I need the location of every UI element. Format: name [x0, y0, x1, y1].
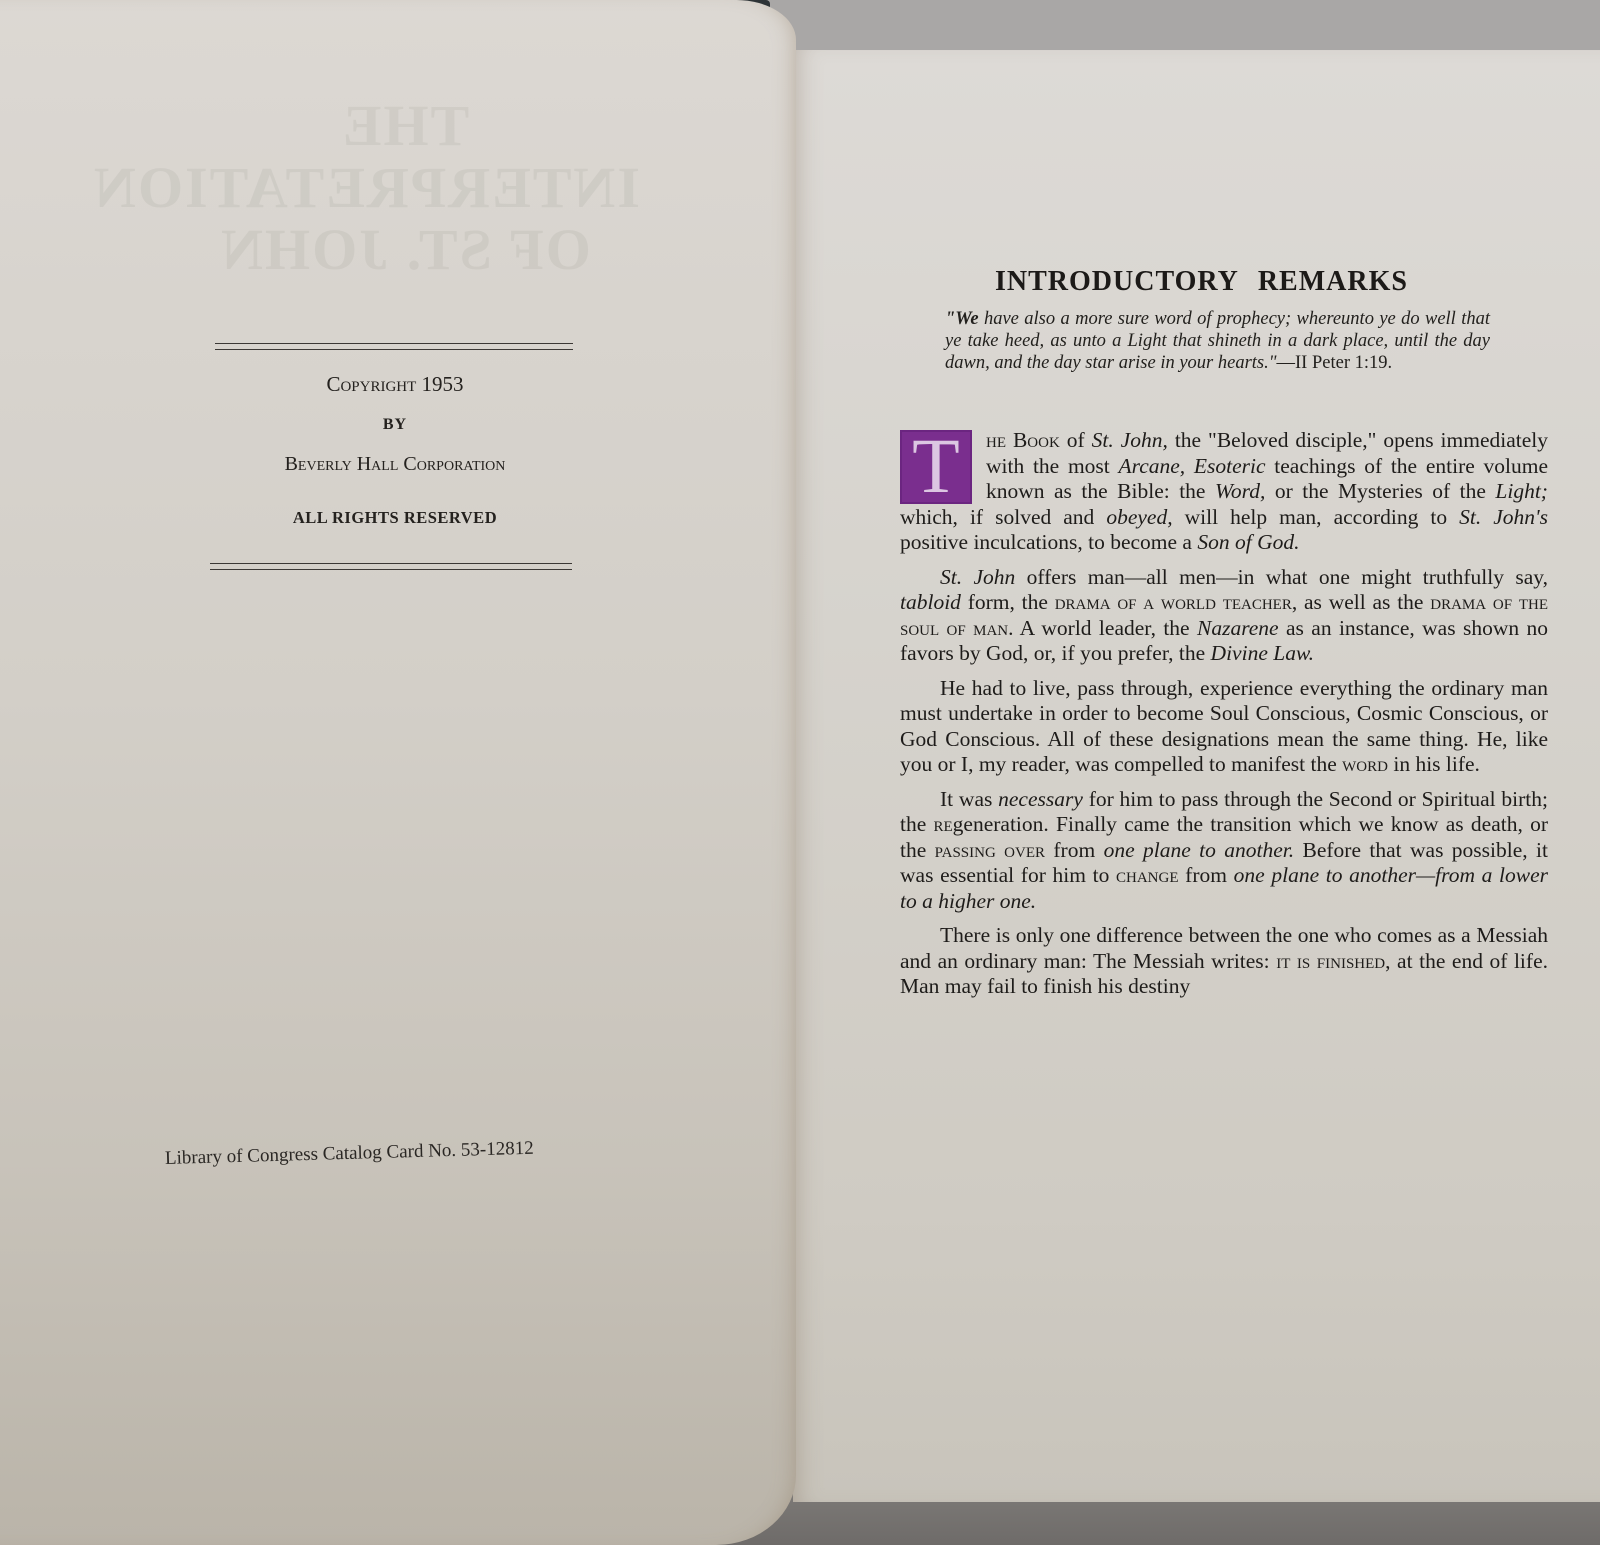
copyright-block: Copyright 1953 BY Beverly Hall Corporati… — [215, 370, 575, 540]
double-rule-bottom — [210, 563, 572, 570]
page-title: INTRODUCTORY REMARKS — [995, 266, 1408, 298]
by-line: BY — [215, 416, 575, 434]
epigraph-citation: —II Peter 1:19. — [1277, 353, 1393, 373]
epigraph-text: have also a more sure word of prophecy; … — [945, 309, 1490, 373]
body-paragraph: St. John offers man—all men—in what one … — [900, 565, 1548, 667]
body-text: T he Book of St. John, the "Beloved disc… — [900, 428, 1548, 1009]
double-rule-top — [215, 343, 573, 350]
drop-cap-letter: T — [902, 426, 970, 506]
drop-cap-ornament: T — [900, 430, 972, 504]
epigraph: "We have also a more sure word of prophe… — [945, 308, 1490, 374]
rights-notice: ALL RIGHTS RESERVED — [215, 508, 575, 528]
show-through-text: THEINTERPRETATIONOF ST. JOHN — [170, 95, 640, 281]
copyright-line: Copyright 1953 — [215, 372, 575, 397]
epigraph-lead: "We — [945, 309, 979, 329]
body-paragraph: T he Book of St. John, the "Beloved disc… — [900, 428, 1548, 556]
body-paragraph: There is only one difference between the… — [900, 923, 1548, 1000]
body-paragraph: It was necessary for him to pass through… — [900, 787, 1548, 915]
body-paragraph: He had to live, pass through, experience… — [900, 676, 1548, 778]
publisher-name: Beverly Hall Corporation — [215, 453, 575, 476]
